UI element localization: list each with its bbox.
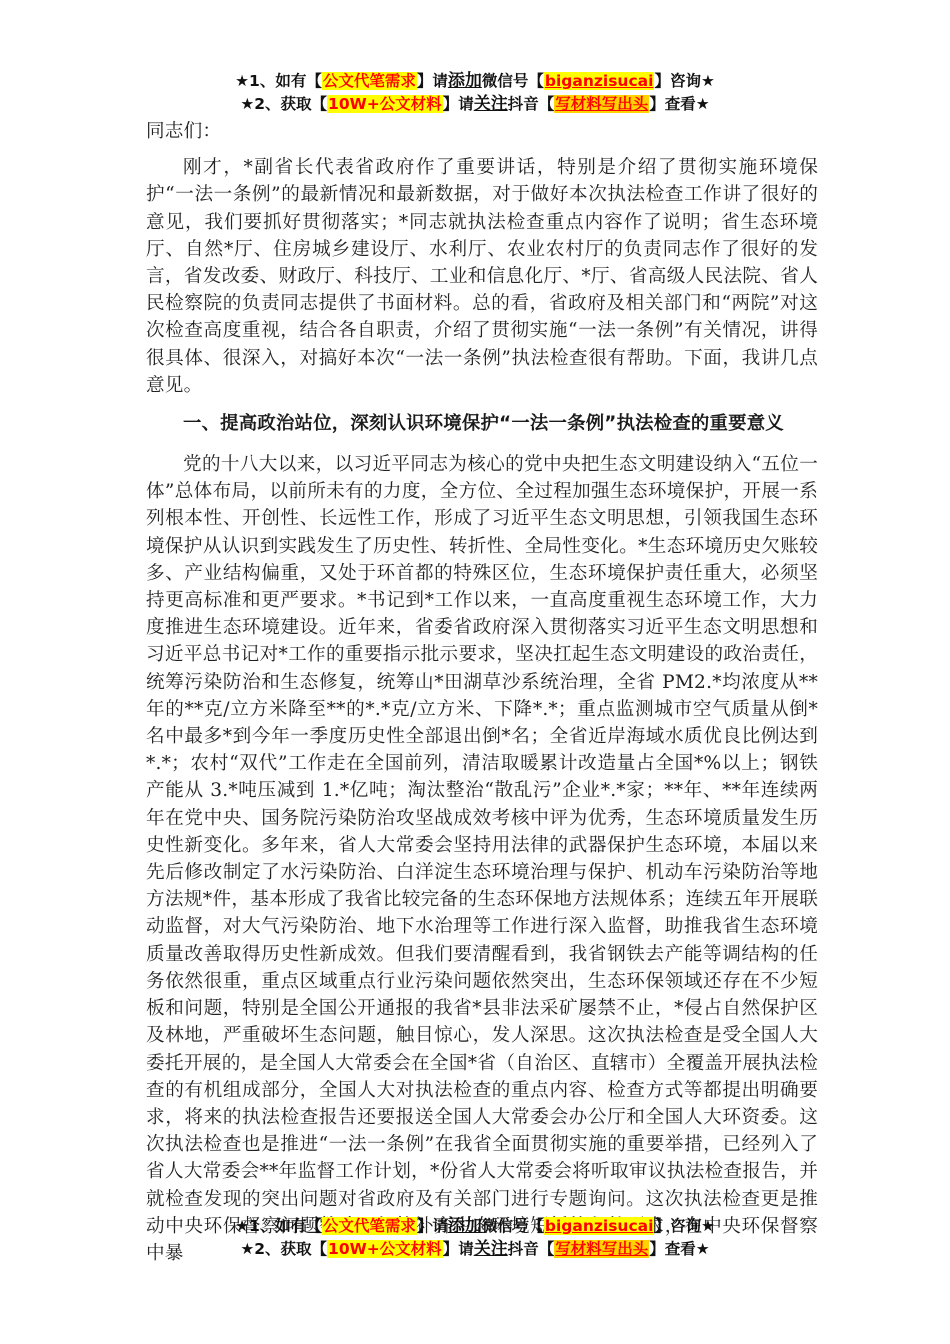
promo-line-2: ★2、获取【10W+公文材料】请关注抖音【写材料写出头】查看★ [0,1238,950,1261]
promo-text: ★1、如有【 [235,1217,322,1235]
promo-text: 抖音【 [508,1240,555,1258]
wechat-id-link[interactable]: biganzisucai [544,1217,655,1235]
promo-text: 】查看★ [649,1240,709,1258]
promo-text: ★2、获取【 [240,1240,327,1258]
highlight-service: 公文代笔需求 [322,1217,417,1235]
promo-text: 】咨询★ [654,1217,714,1235]
document-body: 同志们： 刚才，*副省长代表省政府作了重要讲话，特别是介绍了贯彻实施环境保护“一… [146,118,818,1267]
promo-banner-bottom: ★1、如有【公文代笔需求】请添加微信号【biganzisucai】咨询★ ★2、… [0,1215,950,1261]
promo-text: 】请 [417,1217,448,1235]
promo-text: 】请 [443,95,474,113]
intro-paragraph: 刚才，*副省长代表省政府作了重要讲话，特别是介绍了贯彻实施环境保护“一法一条例”… [146,154,818,399]
promo-text: 】咨询★ [654,72,714,90]
emphasis-follow: 关注 [474,94,508,114]
promo-line-2: ★2、获取【10W+公文材料】请关注抖音【写材料写出头】查看★ [0,93,950,116]
highlight-materials: 10W+公文材料 [327,95,443,113]
douyin-account-link[interactable]: 写材料写出头 [554,1240,649,1258]
promo-text: ★1、如有【 [235,72,322,90]
promo-banner-top: ★1、如有【公文代笔需求】请添加微信号【biganzisucai】咨询★ ★2、… [0,70,950,116]
highlight-materials: 10W+公文材料 [327,1240,443,1258]
document-page: ★1、如有【公文代笔需求】请添加微信号【biganzisucai】咨询★ ★2、… [0,0,950,1344]
section-heading: 一、提高政治站位，深刻认识环境保护“一法一条例”执法检查的重要意义 [146,410,818,438]
promo-text: 微信号【 [482,72,544,90]
greeting: 同志们： [146,118,818,145]
section-paragraph: 党的十八大以来，以习近平同志为核心的党中央把生态文明建设纳入“五位一体”总体布局… [146,451,818,1267]
promo-text: 微信号【 [482,1217,544,1235]
wechat-id-link[interactable]: biganzisucai [544,72,655,90]
promo-text: 抖音【 [508,95,555,113]
emphasis-add: 添加 [448,1216,482,1236]
promo-line-1: ★1、如有【公文代笔需求】请添加微信号【biganzisucai】咨询★ [0,70,950,93]
emphasis-follow: 关注 [474,1239,508,1259]
promo-text: 】请 [417,72,448,90]
promo-text: 】查看★ [649,95,709,113]
promo-text: 】请 [443,1240,474,1258]
promo-line-1: ★1、如有【公文代笔需求】请添加微信号【biganzisucai】咨询★ [0,1215,950,1238]
highlight-service: 公文代笔需求 [322,72,417,90]
douyin-account-link[interactable]: 写材料写出头 [554,95,649,113]
promo-text: ★2、获取【 [240,95,327,113]
emphasis-add: 添加 [448,71,482,91]
